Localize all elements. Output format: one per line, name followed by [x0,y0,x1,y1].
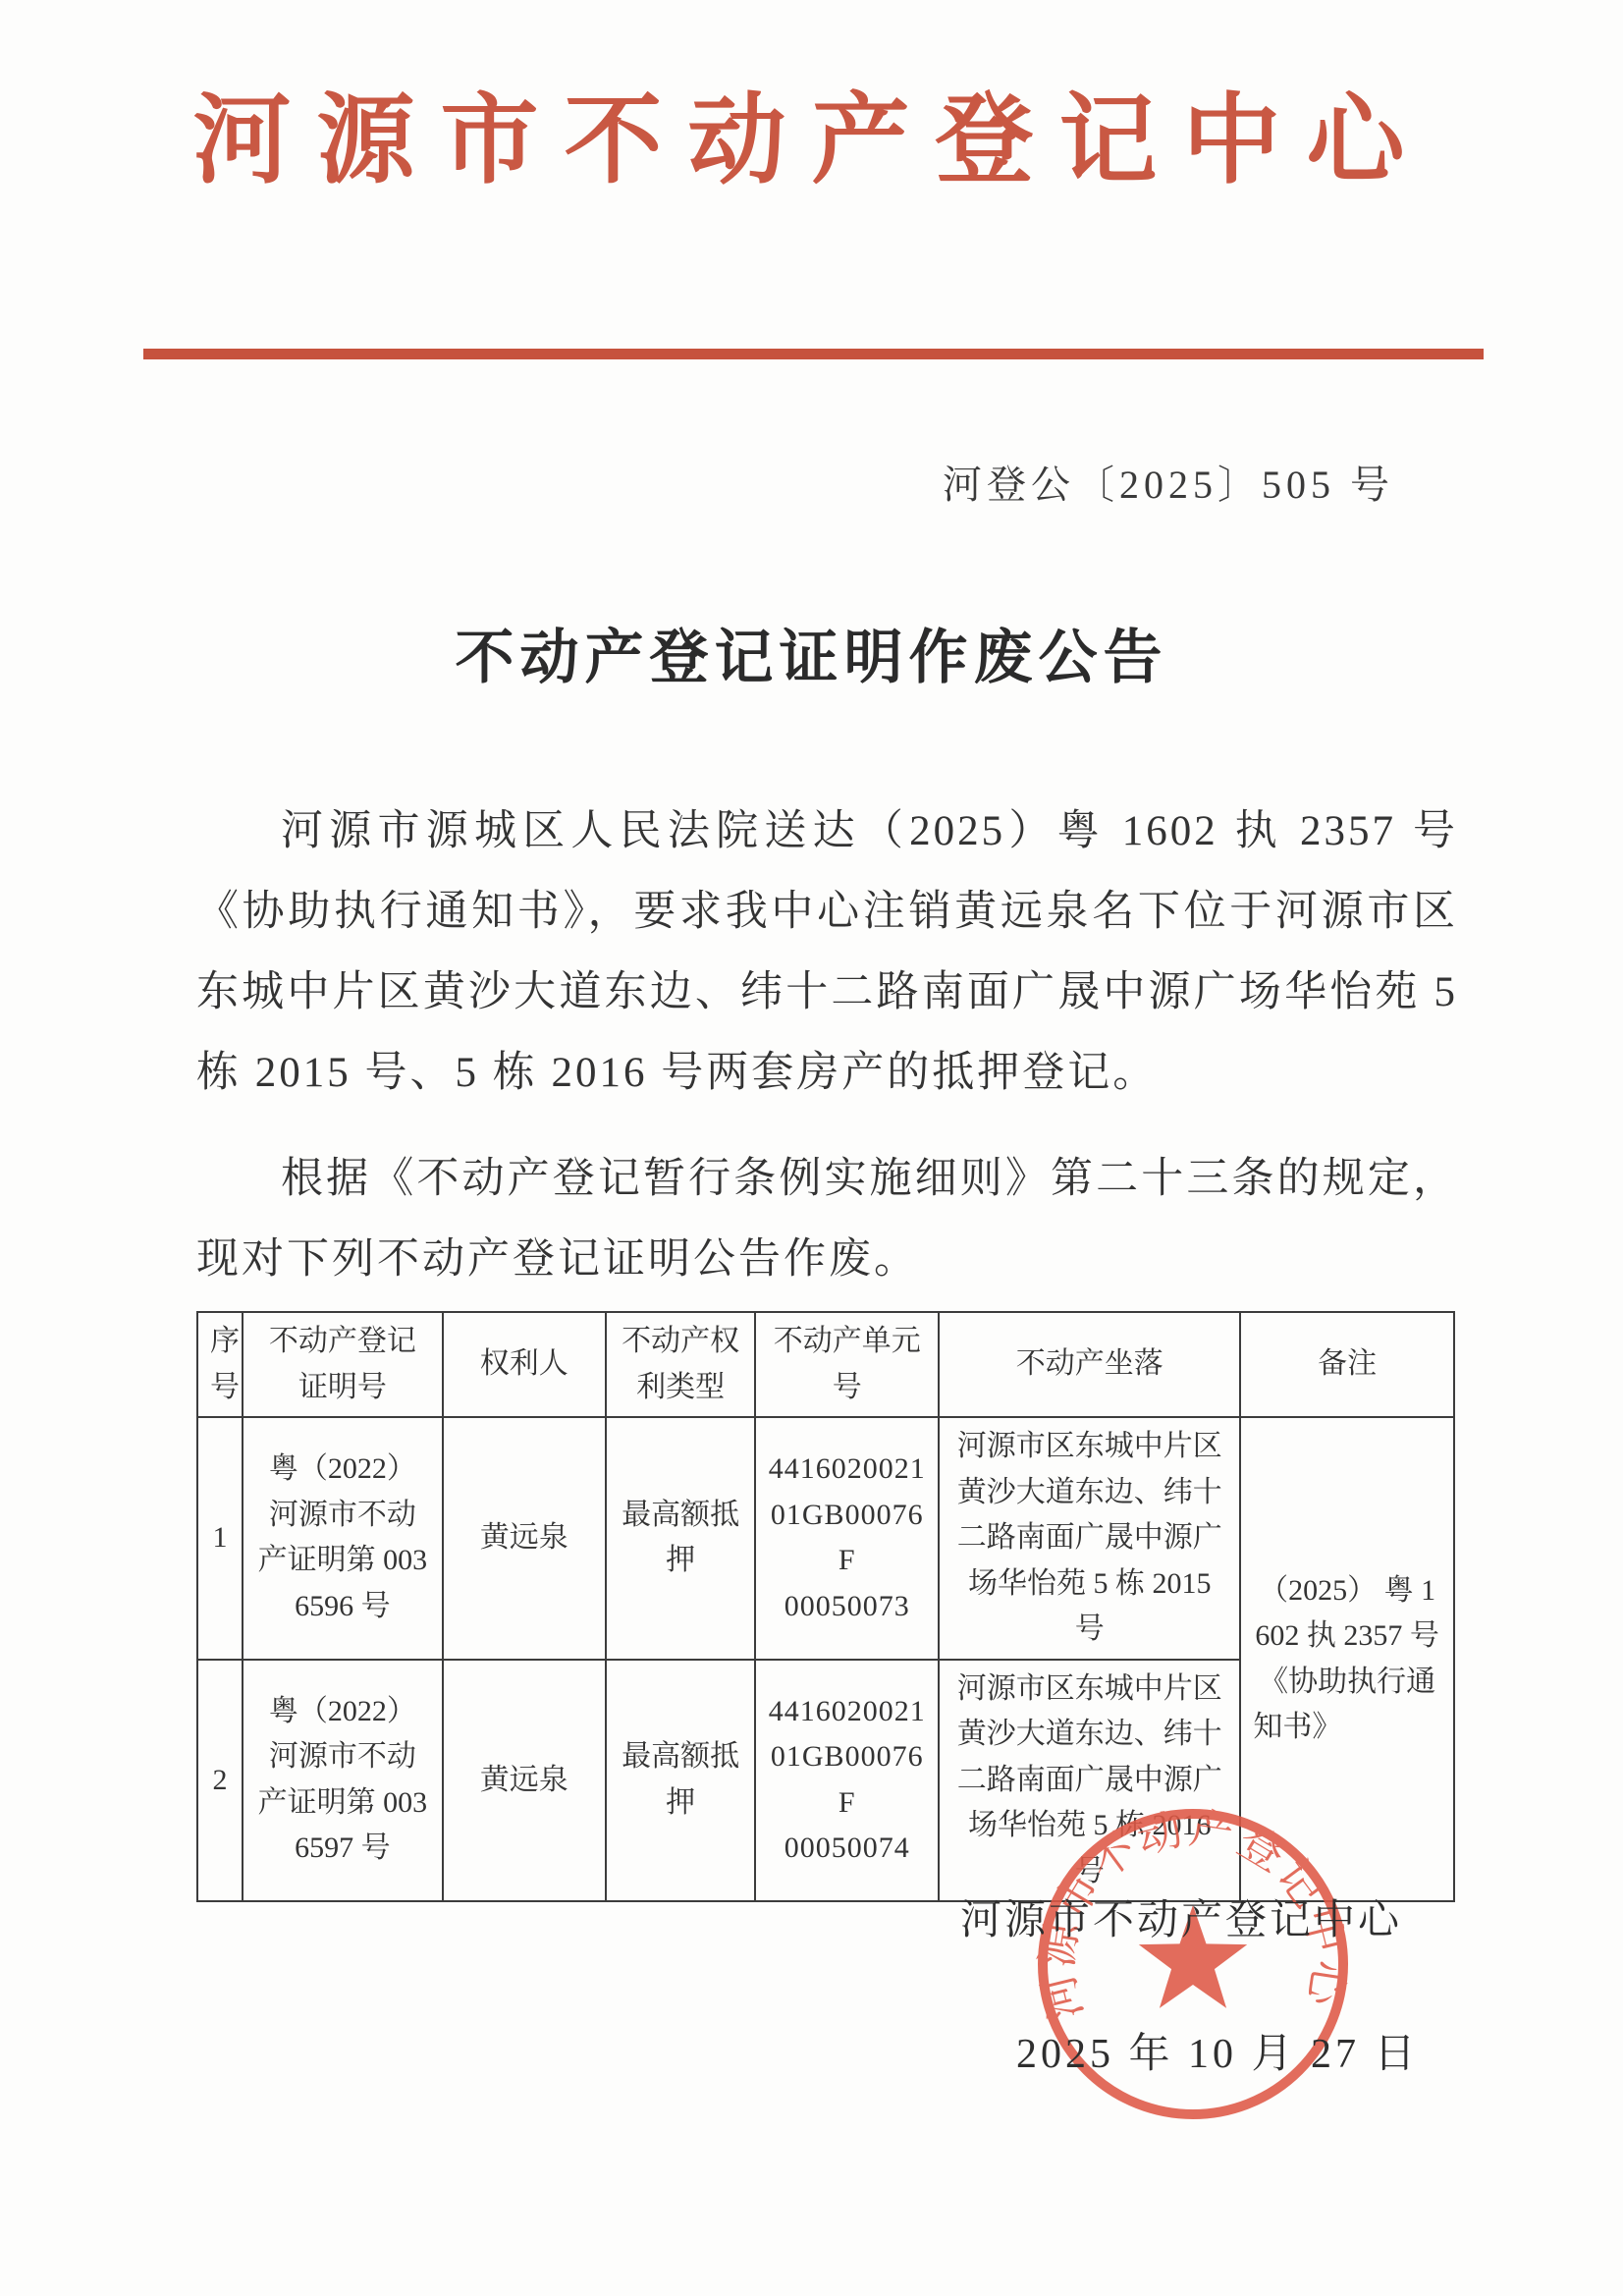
table-row: 1 粤（2022）河源市不动产证明第 0036596 号 黄远泉 最高额抵押 4… [197,1417,1454,1660]
cell-right-type: 最高额抵押 [606,1660,755,1902]
cell-cert-no: 粤（2022）河源市不动产证明第 0036596 号 [243,1417,443,1660]
document-page: 河源市不动产登记中心 河登公〔2025〕505 号 不动产登记证明作废公告 河源… [0,0,1623,2296]
document-number: 河登公〔2025〕505 号 [943,454,1394,510]
header-remark: 备注 [1240,1312,1454,1417]
cell-right-type: 最高额抵押 [606,1417,755,1660]
paragraph-1: 河源市源城区人民法院送达（2025）粤 1602 执 2357 号《协助执行通知… [196,792,1458,1114]
letterhead-divider [143,349,1484,359]
letterhead-title: 河源市不动产登记中心 [0,84,1623,197]
cell-seq: 2 [197,1660,243,1902]
cell-location: 河源市区东城中片区黄沙大道东边、纬十二路南面广晟中源广场华怡苑 5 栋 2015… [939,1417,1240,1660]
body-text: 河源市源城区人民法院送达（2025）粤 1602 执 2357 号《协助执行通知… [196,792,1458,1300]
cell-holder: 黄远泉 [443,1417,606,1660]
paragraph-2: 根据《不动产登记暂行条例实施细则》第二十三条的规定，现对下列不动产登记证明公告作… [196,1139,1458,1300]
header-cert-no: 不动产登记 证明号 [243,1312,443,1417]
table-header-row: 序 号 不动产登记 证明号 权利人 不动产权 利类型 不动产单元 号 不动产坐落… [197,1312,1454,1417]
cell-unit-no: 4416020021 01GB00076F 00050073 [755,1417,939,1660]
signature-organization: 河源市不动产登记中心 [960,1887,1402,1946]
signature-date: 2025 年 10 月 27 日 [1016,2021,1420,2080]
page-title: 不动产登记证明作废公告 [0,611,1623,695]
header-holder: 权利人 [443,1312,606,1417]
header-location: 不动产坐落 [939,1312,1240,1417]
cell-holder: 黄远泉 [443,1660,606,1902]
cell-unit-no: 4416020021 01GB00076F 00050074 [755,1660,939,1902]
cell-seq: 1 [197,1417,243,1660]
cell-cert-no: 粤（2022）河源市不动产证明第 0036597 号 [243,1660,443,1902]
header-unit-no: 不动产单元 号 [755,1312,939,1417]
header-seq: 序 号 [197,1312,243,1417]
header-right-type: 不动产权 利类型 [606,1312,755,1417]
